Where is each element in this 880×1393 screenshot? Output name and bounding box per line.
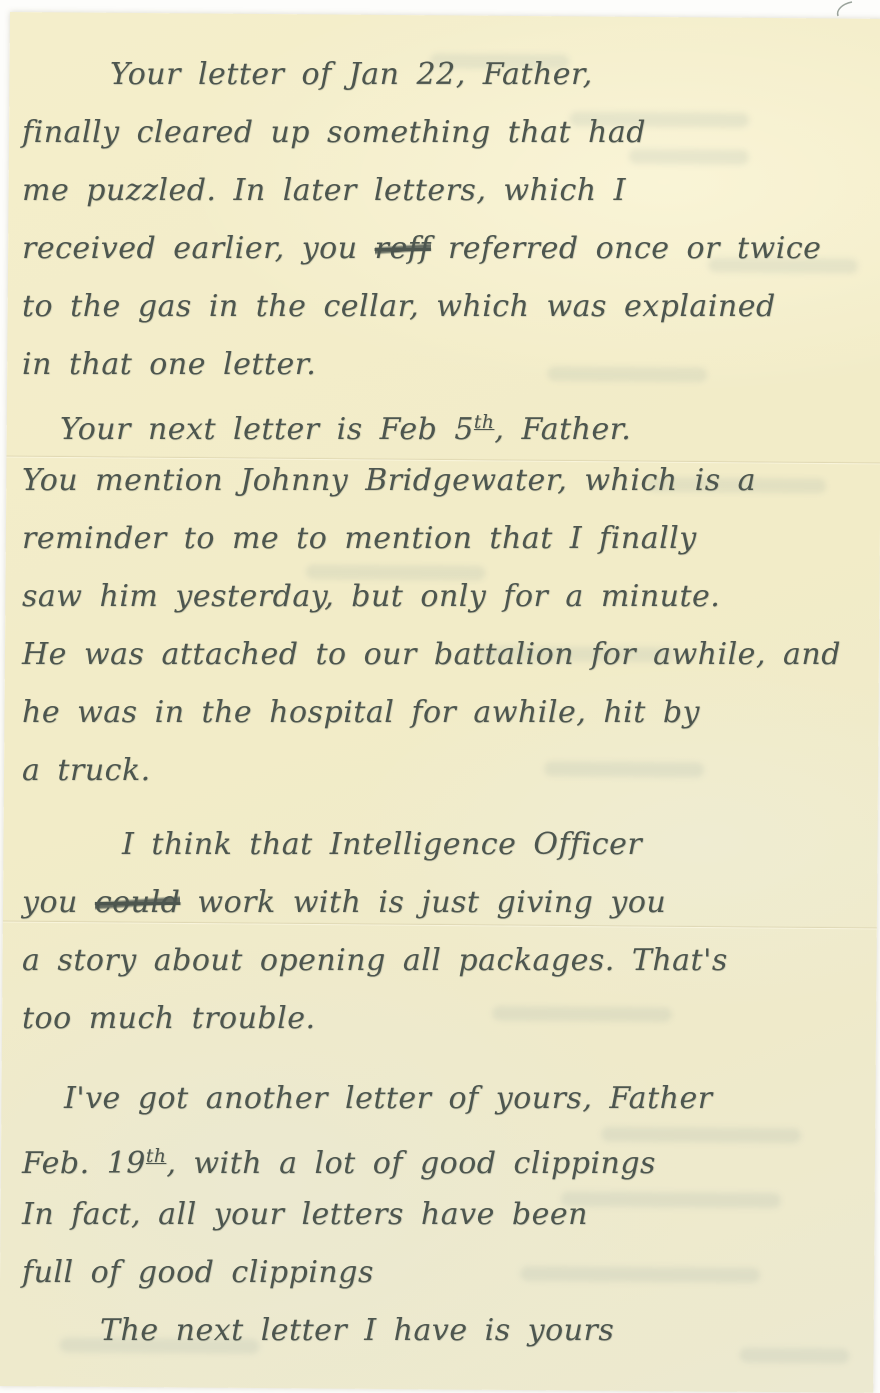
stray-pencil-mark [802,0,862,40]
letter-line: I've got another letter of yours, Father [64,1070,868,1128]
line-text: Your letter of Jan 22, Father, [110,57,593,92]
line-text: too much trouble. [22,1001,316,1036]
letter-line: finally cleared up something that had [22,104,868,162]
ordinal-superscript: th [474,412,494,433]
letter-scan: Your letter of Jan 22, Father, finally c… [0,0,880,1393]
line-text: finally cleared up something that had [22,115,646,150]
line-text: reminder to me to mention that I finally [22,521,697,556]
line-text: The next letter I have is yours [100,1313,614,1348]
line-text: in that one letter. [22,347,316,382]
letter-line: he was in the hospital for awhile, hit b… [22,684,868,742]
line-text: me puzzled. In later letters, which I [22,173,626,208]
line-text: , Father. [494,412,631,447]
line-text: a truck. [22,753,151,788]
letter-line: too much trouble. [22,990,868,1048]
letter-line: In fact, all your letters have been [22,1186,868,1244]
line-text: You mention Johnny Bridgewater, which is… [22,463,756,498]
letter-line: a story about opening all packages. That… [22,932,868,990]
letter-line: Your letter of Jan 22, Father, [110,46,868,104]
line-text: saw him yesterday, but only for a minute… [22,579,720,614]
letter-line: in that one letter. [22,336,868,394]
letter-line: to the gas in the cellar, which was expl… [22,278,868,336]
line-text: he was in the hospital for awhile, hit b… [22,695,700,730]
line-text: He was attached to our battalion for awh… [22,637,841,672]
letter-line: He was attached to our battalion for awh… [22,626,868,684]
letter-line: me puzzled. In later letters, which I [22,162,868,220]
letter-line: saw him yesterday, but only for a minute… [22,568,868,626]
line-text: a story about opening all packages. That… [22,943,728,978]
letter-line: reminder to me to mention that I finally [22,510,868,568]
letter-line: I think that Intelligence Officer [122,816,868,874]
letter-line: You mention Johnny Bridgewater, which is… [22,452,868,510]
line-text: you [22,885,95,920]
letter-line: received earlier, you reff referred once… [22,220,868,278]
crossed-out-word: reff [375,231,431,266]
line-text: referred once or twice [431,231,821,266]
line-text: to the gas in the cellar, which was expl… [22,289,776,324]
letter-line: The next letter I have is yours [100,1302,868,1360]
ordinal-superscript: th [146,1146,166,1167]
line-text: , with a lot of good clippings [166,1146,656,1181]
letter-line: full of good clippings [22,1244,868,1302]
letter-line: Feb. 19th, with a lot of good clippings [22,1128,868,1186]
crossed-out-word: could [95,885,180,920]
line-text: I've got another letter of yours, Father [64,1081,713,1116]
line-text: Feb. 19 [22,1146,146,1181]
line-text: I think that Intelligence Officer [122,827,642,862]
handwritten-text: Your letter of Jan 22, Father, finally c… [22,46,868,1360]
line-text: work with is just giving you [180,885,666,920]
line-text: In fact, all your letters have been [22,1197,588,1232]
letter-line: Your next letter is Feb 5th, Father. [60,394,868,452]
line-text: received earlier, you [22,231,375,266]
line-text: Your next letter is Feb 5 [60,412,474,447]
letter-line: you could work with is just giving you [22,874,868,932]
letter-line: a truck. [22,742,868,800]
line-text: full of good clippings [22,1255,374,1290]
